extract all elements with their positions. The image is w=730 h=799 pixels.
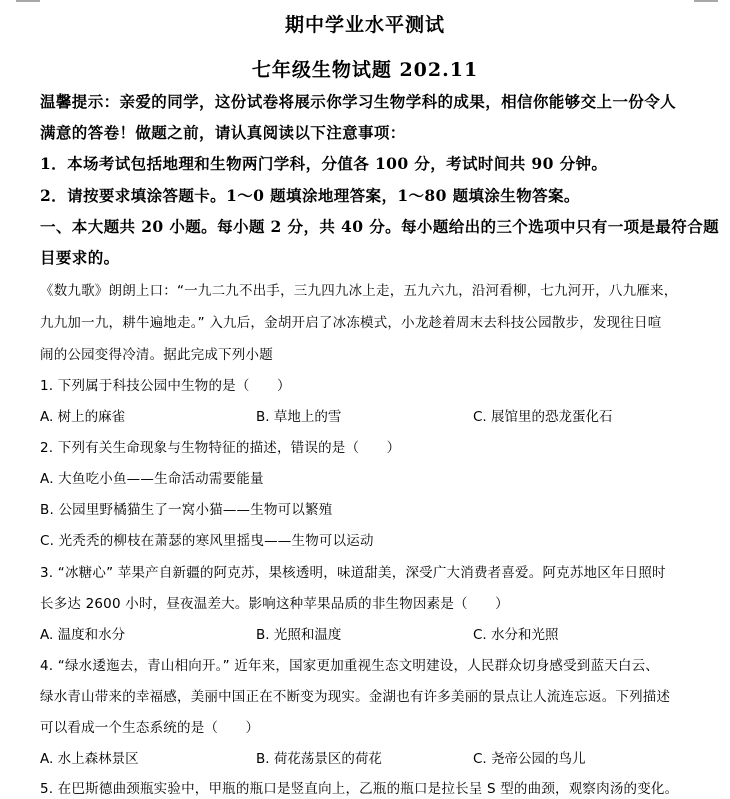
question-2-option-b: B. 公园里野橘猫生了一窝小猫——生物可以繁殖 xyxy=(40,498,332,518)
page-corner-mark-right xyxy=(694,0,718,2)
exam-subtitle: 七年级生物试题 202.11 xyxy=(0,55,730,82)
question-1-option-a: A. 树上的麻雀 xyxy=(40,405,125,425)
question-3-option-c: C. 水分和光照 xyxy=(473,623,559,643)
question-4-option-a: A. 水上森林景区 xyxy=(40,747,139,767)
section-heading-line-2: 目要求的。 xyxy=(40,246,120,268)
question-2-option-a: A. 大鱼吃小鱼——生命活动需要能量 xyxy=(40,467,264,487)
passage-line-1: 《数九歌》朗朗上口：“一九二九不出手，三九四九冰上走，五九六九，沿河看柳，七九河… xyxy=(40,279,677,299)
question-1-option-b: B. 草地上的雪 xyxy=(256,405,341,425)
question-3-option-a: A. 温度和水分 xyxy=(40,623,125,643)
question-4-option-b: B. 荷花荡景区的荷花 xyxy=(256,747,382,767)
section-heading-line-1: 一、本大题共 20 小题。每小题 2 分，共 40 分。每小题给出的三个选项中只… xyxy=(40,215,719,237)
notice-item-2: 2．请按要求填涂答题卡。1～0 题填涂地理答案，1～80 题填涂生物答案。 xyxy=(40,184,580,206)
question-3-stem-line-2: 长多达 2600 小时，昼夜温差大。影响这种苹果品质的非生物因素是（ ） xyxy=(40,592,509,612)
question-3-stem-line-1: 3. “冰糖心” 苹果产自新疆的阿克苏，果核透明，味道甜美，深受广大消费者喜爱。… xyxy=(40,561,666,581)
question-3-option-b: B. 光照和温度 xyxy=(256,623,341,643)
question-2-option-c: C. 光秃秃的柳枝在萧瑟的寒风里摇曳——生物可以运动 xyxy=(40,529,374,549)
question-5-stem: 5. 在巴斯德曲颈瓶实验中，甲瓶的瓶口是竖直向上，乙瓶的瓶口是拉长呈 S 型的曲… xyxy=(40,777,678,797)
question-4-stem-line-1: 4. “绿水逶迤去，青山相向开。” 近年来，国家更加重视生态文明建设，人民群众切… xyxy=(40,654,659,674)
question-1-option-c: C. 展馆里的恐龙蛋化石 xyxy=(473,405,613,425)
passage-line-2: 九九加一九，耕牛遍地走。” 入九后，金胡开启了冰冻模式，小龙趁着周末去科技公园散… xyxy=(40,311,661,331)
question-1-stem: 1. 下列属于科技公园中生物的是（ ） xyxy=(40,374,291,394)
question-4-option-c: C. 尧帝公园的鸟儿 xyxy=(473,747,586,767)
notice-item-1: 1．本场考试包括地理和生物两门学科，分值各 100 分，考试时间共 90 分钟。 xyxy=(40,152,607,174)
notice-line-1: 温馨提示：亲爱的同学，这份试卷将展示你学习生物学科的成果，相信你能够交上一份令人 xyxy=(40,90,676,112)
passage-line-3: 闹的公园变得冷清。据此完成下列小题 xyxy=(40,343,273,363)
question-4-stem-line-2: 绿水青山带来的幸福感，美丽中国正在不断变为现实。金湖也有许多美丽的景点让人流连忘… xyxy=(40,685,670,705)
notice-line-2: 满意的答卷！做题之前，请认真阅读以下注意事项： xyxy=(40,121,406,143)
exam-title: 期中学业水平测试 xyxy=(0,10,730,37)
question-4-stem-line-3: 可以看成一个生态系统的是（ ） xyxy=(40,716,259,736)
page-corner-mark-left xyxy=(16,0,40,2)
question-2-stem: 2. 下列有关生命现象与生物特征的描述，错误的是（ ） xyxy=(40,436,400,456)
